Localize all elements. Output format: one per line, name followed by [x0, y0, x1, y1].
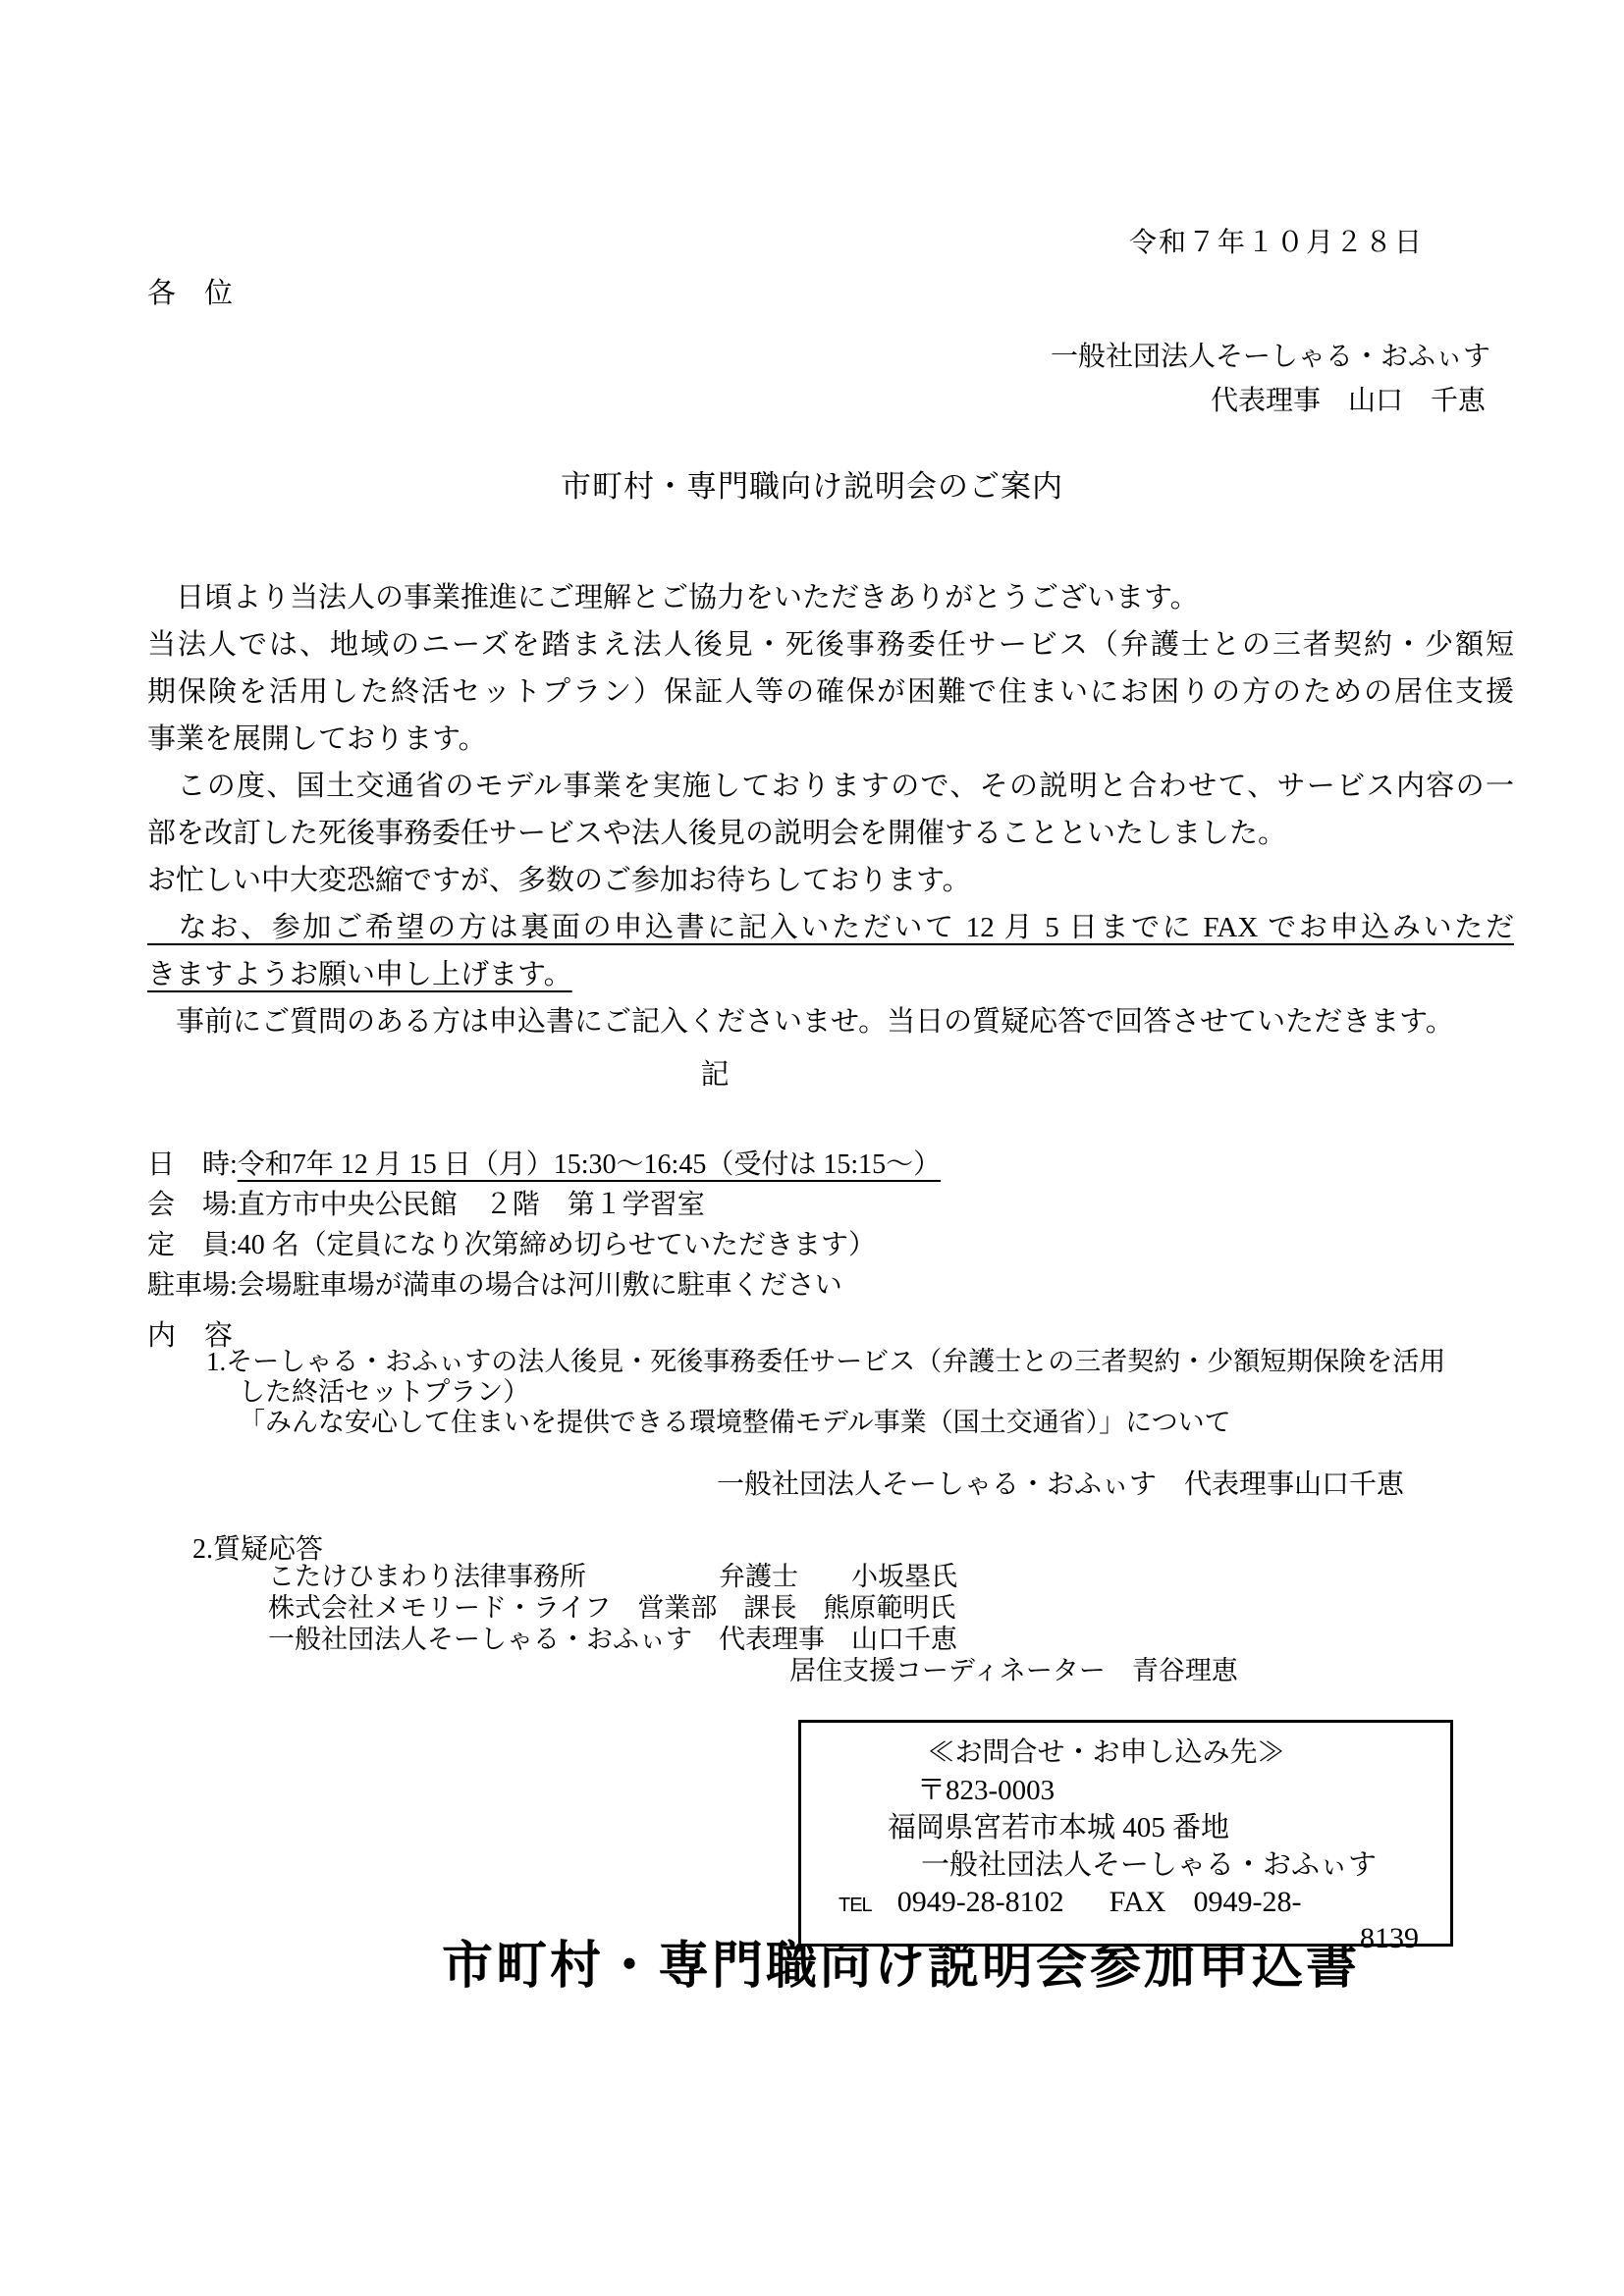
contact-postal-code: 〒823-0003	[801, 1772, 1450, 1809]
ki-marker: 記	[147, 1052, 1514, 1093]
content-item-1-line: した終活セットプラン）	[206, 1377, 1445, 1408]
document-title: 市町村・専門職向け説明会のご案内	[0, 461, 1624, 506]
fax-label: FAX	[1110, 1886, 1166, 1918]
content-item-1-line: 「みんな安心して住まいを提供できる環境整備モデル事業（国土交通省）」について	[206, 1408, 1445, 1438]
tel-number: 0949-28-8102	[897, 1886, 1064, 1918]
sender-organization: 一般社団法人そーしゃる・おふぃす	[147, 335, 1490, 374]
body-paragraphs: 日頃より当法人の事業推進にご理解とご協力をいただきありがとうございます。 当法人…	[147, 574, 1514, 1045]
content-item-1-credit: 一般社団法人そーしゃる・おふぃす 代表理事山口千恵	[717, 1463, 1404, 1502]
speaker-row: 居住支援コーディネーター 青谷理恵	[268, 1655, 1238, 1686]
contact-organization: 一般社団法人そーしゃる・おふぃす	[801, 1846, 1450, 1884]
document-page: 令和７年１０月２８日 各 位 一般社団法人そーしゃる・おふぃす 代表理事 山口 …	[0, 0, 1624, 2296]
detail-row-datetime: 日 時:令和7年 12 月 15 日（月）15:30～16:45（受付は 15:…	[147, 1145, 941, 1185]
recipient: 各 位	[147, 271, 233, 311]
detail-value: 令和7年 12 月 15 日（月）15:30～16:45（受付は 15:15～）	[238, 1149, 941, 1180]
contact-address: 福岡県宮若市本城 405 番地	[801, 1809, 1450, 1846]
body-line-underlined: なお、参加ご希望の方は裏面の申込書に記入いただいて 12 月 5 日までに FA…	[147, 904, 1514, 951]
body-line: 期保険を活用した終活セットプラン）保証人等の確保が困難で住まいにお困りの方のため…	[147, 668, 1514, 716]
content-item-1-line: 1.そーしゃる・おふぃすの法人後見・死後事務委任サービス（弁護士との三者契約・少…	[206, 1347, 1445, 1377]
body-line: 事業を展開しております。	[147, 716, 1514, 763]
speaker-row: 株式会社メモリード・ライフ 営業部 課長 熊原範明氏	[268, 1592, 1238, 1624]
detail-label: 日 時:	[147, 1149, 238, 1180]
body-line: お忙しい中大変恐縮ですが、多数のご参加お待ちしております。	[147, 857, 1514, 904]
contact-tel-fax-line: TEL0949-28-8102FAX0949-28-	[801, 1884, 1450, 1921]
contact-box: ≪お問合せ・お申し込み先≫ 〒823-0003 福岡県宮若市本城 405 番地 …	[798, 1720, 1453, 1947]
detail-value: 会場駐車場が満車の場合は河川敷に駐車ください	[238, 1270, 842, 1301]
body-line: 日頃より当法人の事業推進にご理解とご協力をいただきありがとうございます。	[147, 574, 1514, 621]
body-line: 部を改訂した死後事務委任サービスや法人後見の説明会を開催することといたしました。	[147, 810, 1514, 857]
detail-value: 40 名（定員になり次第締め切らせていただきます）	[238, 1230, 876, 1260]
body-line: 当法人では、地域のニーズを踏まえ法人後見・死後事務委任サービス（弁護士との三者契…	[147, 621, 1514, 668]
detail-label: 定 員:	[147, 1230, 238, 1260]
body-line: 事前にご質問のある方は申込書にご記入くださいませ。当日の質疑応答で回答させていた…	[147, 998, 1514, 1045]
document-date: 令和７年１０月２８日	[147, 221, 1424, 260]
speaker-row: 一般社団法人そーしゃる・おふぃす 代表理事 山口千恵	[268, 1624, 1238, 1655]
tel-label: TEL	[839, 1895, 872, 1916]
body-line-underlined: きますようお願い申し上げます。	[147, 951, 1514, 998]
detail-label: 会 場:	[147, 1190, 238, 1220]
event-details: 日 時:令和7年 12 月 15 日（月）15:30～16:45（受付は 15:…	[147, 1145, 941, 1306]
detail-row-capacity: 定 員:40 名（定員になり次第締め切らせていただきます）	[147, 1225, 941, 1265]
detail-row-venue: 会 場:直方市中央公民館 ２階 第１学習室	[147, 1185, 941, 1225]
speaker-list: こたけひまわり法律事務所 弁護士 小坂塁氏 株式会社メモリード・ライフ 営業部 …	[268, 1561, 1238, 1686]
fax-number-part2: 8139	[801, 1921, 1450, 1956]
speaker-row: こたけひまわり法律事務所 弁護士 小坂塁氏	[268, 1561, 1238, 1592]
contact-title: ≪お問合せ・お申し込み先≫	[801, 1735, 1450, 1772]
fax-number-part1: 0949-28-	[1193, 1886, 1301, 1918]
content-item-1: 1.そーしゃる・おふぃすの法人後見・死後事務委任サービス（弁護士との三者契約・少…	[206, 1347, 1445, 1438]
sender-representative: 代表理事 山口 千恵	[147, 379, 1486, 418]
body-line: この度、国土交通省のモデル事業を実施しておりますので、その説明と合わせて、サービ…	[147, 763, 1514, 810]
detail-value: 直方市中央公民館 ２階 第１学習室	[238, 1190, 705, 1220]
detail-label: 駐車場:	[147, 1270, 238, 1301]
detail-row-parking: 駐車場:会場駐車場が満車の場合は河川敷に駐車ください	[147, 1265, 941, 1306]
